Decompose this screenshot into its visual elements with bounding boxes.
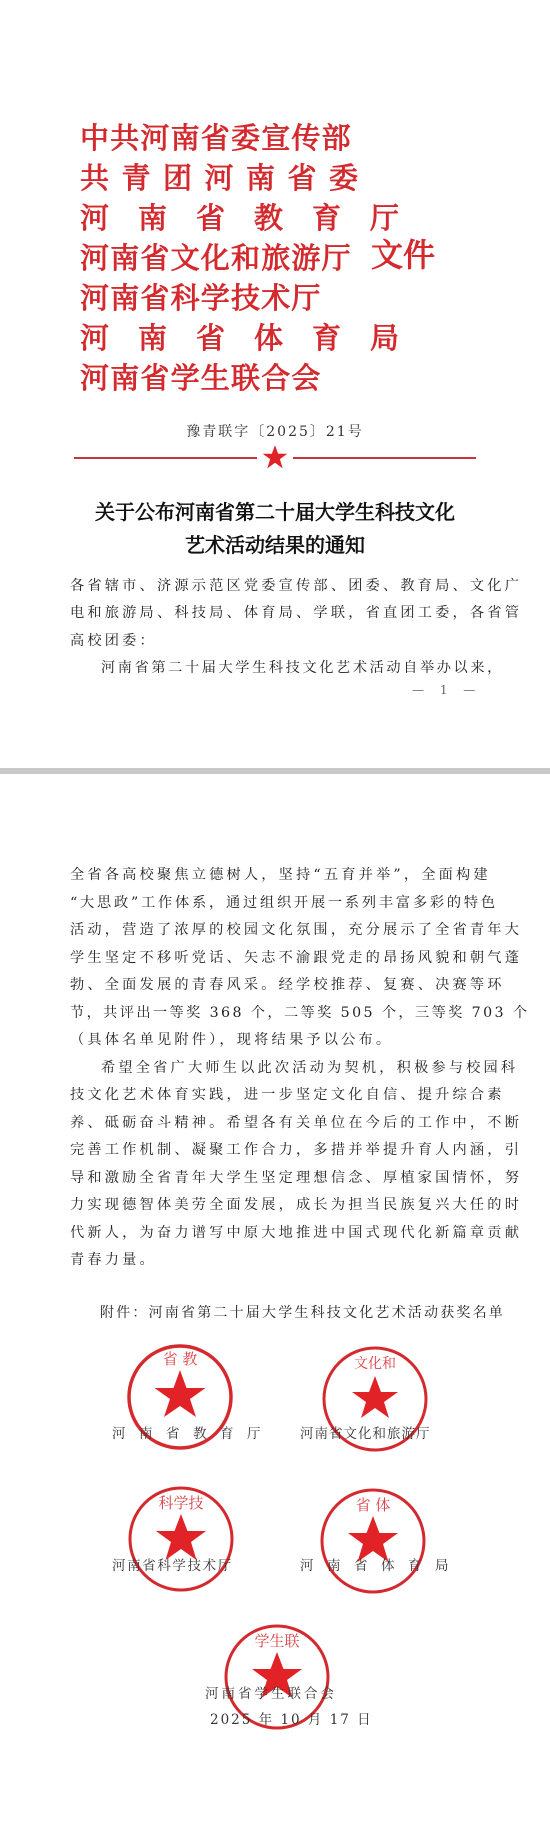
document-number: 豫青联字〔2025〕21号 [0,421,550,441]
page-number: — 1 — [412,683,481,697]
red-rule-left [74,457,257,459]
body-line: 技文化艺术体育实践，进一步坚定文化自信、提升综合素 [70,1085,455,1105]
official-seal-icon: 科学技 [126,1484,236,1594]
issuer-student-federation: 河南省学生联合会 [80,358,322,398]
body-line: （具体名单见附件），现将结果予以公布。 [70,1030,455,1050]
notice-title-line-2: 艺术活动结果的通知 [0,529,550,562]
issuer-sports-bureau: 河 南 省 体 育 局 [80,318,399,358]
body-line: 全省各高校聚焦立德树人，坚持“五育并举”，全面构建 [70,865,455,885]
signature-student-federation: 河南省学生联合会 [205,1682,337,1702]
svg-text:学生联: 学生联 [254,1632,299,1650]
body-line: 力实现德智体美劳全面发展，成长为担当民族复兴大任的时 [70,1195,455,1215]
signature-science-tech-dept: 河南省科学技术厅 [112,1554,233,1574]
svg-text:科学技: 科学技 [158,1494,203,1512]
attachment-line: 附件：河南省第二十届大学生科技文化艺术活动获奖名单 [100,1302,505,1322]
signature-education-dept: 河 南 省 教 育 厅 [112,1422,261,1442]
addressee-line-1: 各省辖市、济源示范区党委宣传部、团委、教育局、文化广 [70,576,455,596]
body-line: “大思政”工作体系，通过组织开展一系列丰富多彩的特色 [70,893,455,913]
issuer-education-dept: 河 南 省 教 育 厅 [80,198,399,238]
body-line: 节，共评出一等奖 368 个，二等奖 505 个，三等奖 703 个 [70,1003,455,1023]
document-page-2: 全省各高校聚焦立德树人，坚持“五育并举”，全面构建 “大思政”工作体系，通过组织… [0,774,550,1832]
body-line: 希望全省广大师生以此次活动为契机，积极参与校园科 [101,1058,486,1078]
official-seal-icon: 省 体 [318,1486,428,1596]
body-line: 青春力量。 [70,1250,455,1270]
svg-text:省 教: 省 教 [163,1350,198,1368]
red-rule-right [293,457,476,459]
issuer-science-tech-dept: 河南省科学技术厅 [80,278,322,318]
body-line: 活动，营造了浓厚的校园文化氛围，充分展示了全省青年大 [70,920,455,940]
notice-title-line-1: 关于公布河南省第二十届大学生科技文化 [0,496,550,529]
body-first-line: 河南省第二十届大学生科技文化艺术活动自举办以来， [101,658,486,678]
body-line: 学生坚定不移听党话、矢志不渝跟党走的昂扬风貌和朝气蓬 [70,948,455,968]
addressee-line-3: 高校团委： [70,631,455,651]
body-line: 完善工作机制、凝聚工作合力，多措并举提升育人内涵，引 [70,1140,455,1160]
svg-text:文化和: 文化和 [354,1356,396,1372]
issue-date: 2025 年 10 月 17 日 [210,1708,373,1728]
document-page-1: 中共河南省委宣传部 共 青 团 河 南 省 委 河 南 省 教 育 厅 河南省文… [0,0,550,768]
issuer-culture-tourism-dept: 河南省文化和旅游厅 [80,238,352,278]
body-line: 代新人，为奋力谱写中原大地推进中国式现代化新篇章贡献 [70,1223,455,1243]
red-star-icon [262,444,288,470]
addressee-line-2: 电和旅游局、科技局、体育局、学联，省直团工委，各省管 [70,603,455,623]
issuer-publicity-dept: 中共河南省委宣传部 [80,118,352,158]
issuer-youth-league: 共 青 团 河 南 省 委 [80,158,359,198]
body-line: 养、砥砺奋斗精神。希望各有关单位在今后的工作中，不断 [70,1113,455,1133]
body-line: 导和激励全省青年大学生坚定理想信念、厚植家国情怀，努 [70,1168,455,1188]
signature-sports-bureau: 河 南 省 体 育 局 [300,1554,449,1574]
body-line: 勃、全面发展的青春风采。经学校推荐、复赛、决赛等环 [70,975,455,995]
signature-culture-tourism-dept: 河南省文化和旅游厅 [300,1422,431,1442]
doc-type-label: 文件 [371,235,435,275]
svg-text:省 体: 省 体 [356,1496,391,1514]
